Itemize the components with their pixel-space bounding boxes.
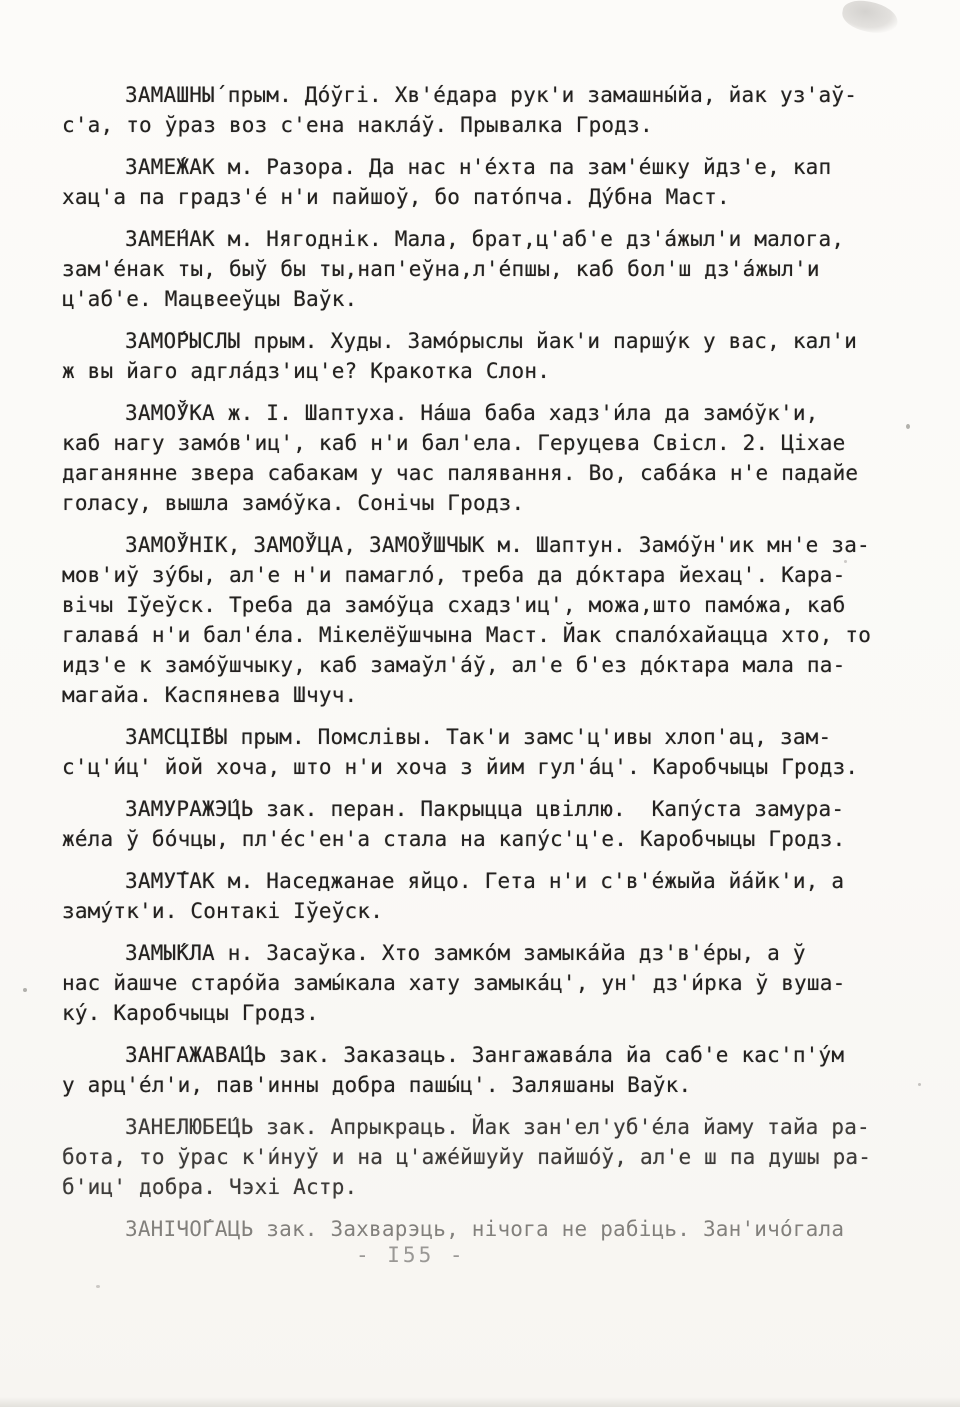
dictionary-entry-zamutak: ЗАМУ́ТАК м. Наседжанае яйцо. Гета н'и с'… xyxy=(62,866,912,926)
entry-line: галава́ н'и бал'е́ла. Мікелёўшчына Маст.… xyxy=(62,620,912,650)
entry-line: вічы Іўеўск. Треба да замо́ўца схадз'иц'… xyxy=(62,590,912,620)
dictionary-entry-zangazhavats: ЗАНГАЖАВА́ЦЬ зак. Заказаць. Зангажава́ла… xyxy=(62,1040,912,1100)
entry-line: мов'иў зу́бы, ал'е н'и памагло́, треба д… xyxy=(62,560,912,590)
dictionary-entry-zamezhak: ЗАМЕ́ЖАК м. Разора. Да нас н'е́хта па за… xyxy=(62,152,912,212)
entry-line: ку́. Каробчыцы Гродз. xyxy=(62,998,912,1028)
scan-speck xyxy=(96,1285,100,1288)
dictionary-text-block: ЗАМАШНЫ́ прым. До́ўгі. Хв'е́дара рук'и з… xyxy=(62,80,912,1256)
entry-line: ЗАМЕ́НАК м. Нягоднік. Мала, брат,ц'аб'е … xyxy=(62,224,912,254)
dictionary-entry-zamenak: ЗАМЕ́НАК м. Нягоднік. Мала, брат,ц'аб'е … xyxy=(62,224,912,314)
entry-line: бота, то ўрас к'и́нуў и на ц'аже́йшуйу п… xyxy=(62,1142,912,1172)
dictionary-entry-zamorysly: ЗАМО́РЫСЛЫ прым. Худы. Замо́рыслы йак'и … xyxy=(62,326,912,386)
scan-speck xyxy=(918,1083,921,1086)
entry-line: голасу, вышла замо́ўка. Сонічы Гродз. xyxy=(62,488,912,518)
entry-line: хац'а па градз'е́ н'и пайшоў, бо пато́пч… xyxy=(62,182,912,212)
dictionary-entry-zanelyubets: ЗАНЕЛЮБЕ́ЦЬ зак. Апрыкраць. Йак зан'ел'у… xyxy=(62,1112,912,1202)
entry-line: же́ла ў бо́чцы, пл'е́с'ен'а стала на кап… xyxy=(62,824,912,854)
entry-line: ЗАМУРАЖЭ́ЦЬ зак. перан. Пакрыцца цвіллю.… xyxy=(62,794,912,824)
entry-line: ЗАМСЦІ́ВЫ прым. Помслівы. Так'и замс'ц'и… xyxy=(62,722,912,752)
entry-line: ЗАНГАЖАВА́ЦЬ зак. Заказаць. Зангажава́ла… xyxy=(62,1040,912,1070)
entry-line: идз'е к замо́ўшчыку, каб замаўл'а́ў, ал'… xyxy=(62,650,912,680)
entry-line: ЗАМАШНЫ́ прым. До́ўгі. Хв'е́дара рук'и з… xyxy=(62,80,912,110)
entry-line: с'ц'и́ц' йой хоча, што н'и хоча з йим гу… xyxy=(62,752,912,782)
dictionary-entry-zamouka: ЗАМО́ЎКА ж. І. Шаптуха. На́ша баба хадз'… xyxy=(62,398,912,518)
entry-line: ЗАМО́ЎНІК, ЗАМО́ЎЦА, ЗАМО́ЎШЧЫК м. Шапту… xyxy=(62,530,912,560)
entry-line: ЗАМО́РЫСЛЫ прым. Худы. Замо́рыслы йак'и … xyxy=(62,326,912,356)
entry-line: заму́тк'и. Сонтакі Іўеўск. xyxy=(62,896,912,926)
dictionary-entry-zamurazhets: ЗАМУРАЖЭ́ЦЬ зак. перан. Пакрыцца цвіллю.… xyxy=(62,794,912,854)
entry-line: ЗАМУ́ТАК м. Наседжанае яйцо. Гета н'и с'… xyxy=(62,866,912,896)
entry-line: ЗАМО́ЎКА ж. І. Шаптуха. На́ша баба хадз'… xyxy=(62,398,912,428)
entry-line: ЗАНІЧО́ГАЦЬ зак. Захварэць, нічога не ра… xyxy=(62,1214,912,1244)
entry-line: нас йашче старо́йа замы́кала хату замыка… xyxy=(62,968,912,998)
entry-line: даганянне звера сабакам у час палявання.… xyxy=(62,458,912,488)
scan-artifact-smudge xyxy=(840,0,900,37)
entry-line: ЗАМЫ́КЛА н. Засаўка. Хто замко́м замыка́… xyxy=(62,938,912,968)
entry-line: ЗАНЕЛЮБЕ́ЦЬ зак. Апрыкраць. Йак зан'ел'у… xyxy=(62,1112,912,1142)
scanned-page: ЗАМАШНЫ́ прым. До́ўгі. Хв'е́дара рук'и з… xyxy=(0,0,960,1407)
page-number: - І55 - xyxy=(356,1243,466,1267)
entry-line: ж вы йаго адгла́дз'иц'е? Кракотка Слон. xyxy=(62,356,912,386)
entry-line: с'а, то ўраз воз с'ена накла́ў. Прывалка… xyxy=(62,110,912,140)
dictionary-entry-zanichohats: ЗАНІЧО́ГАЦЬ зак. Захварэць, нічога не ра… xyxy=(62,1214,912,1244)
dictionary-entry-zamounik: ЗАМО́ЎНІК, ЗАМО́ЎЦА, ЗАМО́ЎШЧЫК м. Шапту… xyxy=(62,530,912,710)
dictionary-entry-zamstsivy: ЗАМСЦІ́ВЫ прым. Помслівы. Так'и замс'ц'и… xyxy=(62,722,912,782)
entry-line: каб нагу замо́в'иц', каб н'и бал'ела. Ге… xyxy=(62,428,912,458)
entry-line: зам'е́нак ты, быў бы ты,нап'еўна,л'е́пшы… xyxy=(62,254,912,284)
entry-line: у арц'е́л'и, пав'инны добра пашы́ц'. Зал… xyxy=(62,1070,912,1100)
entry-line: ЗАМЕ́ЖАК м. Разора. Да нас н'е́хта па за… xyxy=(62,152,912,182)
entry-line: б'иц' добра. Чэхі Астр. xyxy=(62,1172,912,1202)
entry-line: ц'аб'е. Мацвееўцы Ваўк. xyxy=(62,284,912,314)
dictionary-entry-zamashny: ЗАМАШНЫ́ прым. До́ўгі. Хв'е́дара рук'и з… xyxy=(62,80,912,140)
dictionary-entry-zamykla: ЗАМЫ́КЛА н. Засаўка. Хто замко́м замыка́… xyxy=(62,938,912,1028)
scan-speck xyxy=(23,988,27,992)
scan-bottom-shadow xyxy=(0,1397,960,1407)
entry-line: магайа. Каспянева Шчуч. xyxy=(62,680,912,710)
